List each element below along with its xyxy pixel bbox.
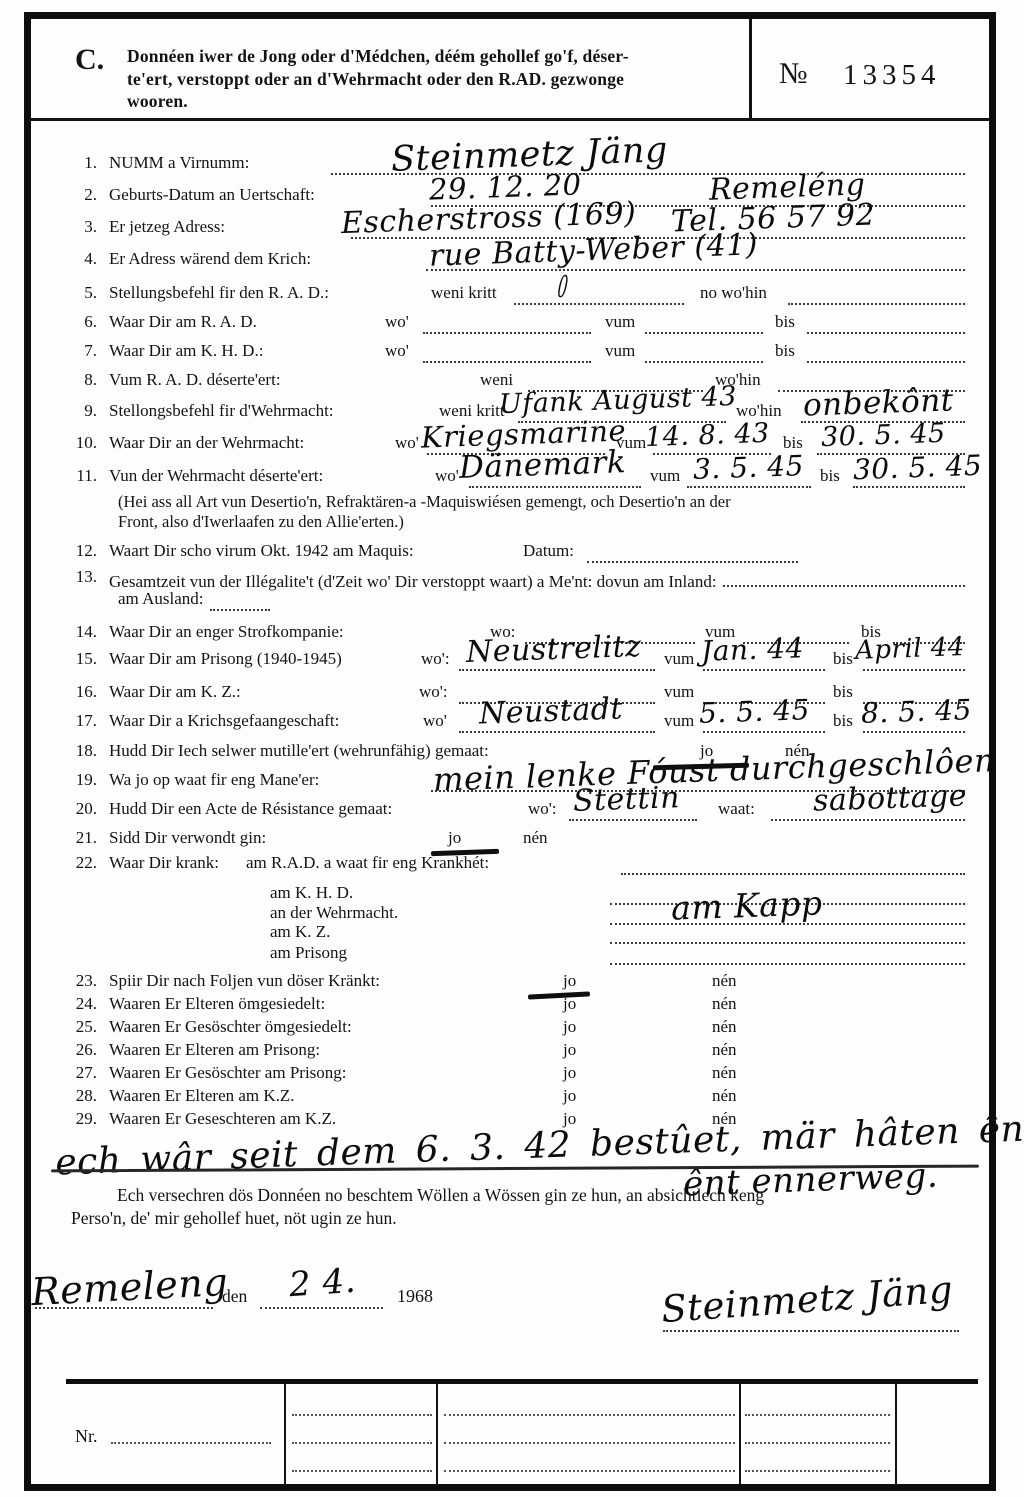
q14-label: Waar Dir an enger Strofkompanie:	[109, 622, 344, 642]
q27-number: 27.	[31, 1063, 97, 1083]
header-rule	[31, 118, 989, 121]
bottom-table: Nr.	[66, 1379, 978, 1484]
question-4: 4. Er Adress wärend dem Krich: rue Batty…	[31, 249, 965, 273]
table-divider-1	[284, 1384, 286, 1484]
q14-number: 14.	[31, 622, 97, 642]
q17-bis-label: bis	[833, 711, 853, 731]
q15-to-handwritten: April 44	[855, 634, 966, 664]
q17-number: 17.	[31, 711, 97, 731]
q11-note-line1: (Hei ass all Art vun Desertio'n, Refrakt…	[118, 492, 978, 512]
q6-bis-label: bis	[775, 312, 795, 332]
form-title-line2: te'ert, verstoppt oder an d'Wehrmacht od…	[127, 68, 727, 91]
question-24: 24. Waaren Er Elteren ömgesiedelt: jo né…	[31, 994, 965, 1018]
col4-dotted-1	[745, 1414, 890, 1416]
q27-label: Waaren Er Gesöschter am Prisong:	[109, 1063, 347, 1083]
q26-nen-label: nén	[712, 1040, 737, 1060]
table-divider-3	[739, 1384, 741, 1484]
q29-number: 29.	[31, 1109, 97, 1129]
question-13: 13. Gesamtzeit vun der Illégalite't (d'Z…	[31, 567, 965, 591]
question-27: 27. Waaren Er Gesöschter am Prisong: jo …	[31, 1063, 965, 1087]
q22-label: Waar Dir krank:	[109, 853, 219, 873]
question-17: 17. Waar Dir a Krichsgefaangeschaft: wo'…	[31, 711, 965, 735]
q27-nen-label: nén	[712, 1063, 737, 1083]
q28-nen-label: nén	[712, 1086, 737, 1106]
q28-label: Waaren Er Elteren am K.Z.	[109, 1086, 295, 1106]
q22-khd-label: am K. H. D.	[270, 883, 353, 903]
col4-dotted-2	[745, 1442, 890, 1444]
q8-weni-label: weni	[480, 370, 513, 390]
form-title: Donnéen iwer de Jong oder d'Médchen, déé…	[127, 45, 727, 113]
q26-label: Waaren Er Elteren am Prisong:	[109, 1040, 320, 1060]
q13-ausland-label: am Ausland:	[118, 589, 203, 609]
q13-number: 13.	[31, 567, 97, 587]
nr-dotted	[111, 1442, 271, 1444]
q13-dotted-1	[723, 567, 965, 587]
question-23: 23. Spiir Dir nach Foljen vun döser Krän…	[31, 971, 965, 995]
col3-dotted-1	[444, 1414, 735, 1416]
place-handwritten: Remeleng	[30, 1263, 229, 1311]
table-divider-2	[436, 1384, 438, 1484]
q10-number: 10.	[31, 433, 97, 453]
q22-dotted-1	[621, 856, 965, 875]
q17-to-handwritten: 8. 5. 45	[861, 696, 973, 728]
header-divider	[749, 19, 752, 118]
q18-number: 18.	[31, 741, 97, 761]
q25-nen-label: nén	[712, 1017, 737, 1037]
table-divider-4	[895, 1384, 897, 1484]
q10-wo-label: wo'	[395, 433, 419, 453]
q15-bis-label: bis	[833, 649, 853, 669]
q6-number: 6.	[31, 312, 97, 332]
q9-number: 9.	[31, 401, 97, 421]
q7-dotted-2	[645, 344, 763, 363]
q21-jo-label: jo	[448, 828, 461, 848]
col2-dotted-1	[292, 1414, 432, 1416]
q3-number: 3.	[31, 217, 97, 237]
question-6: 6. Waar Dir am R. A. D. wo' vum bis	[31, 312, 965, 336]
q7-dotted-3	[807, 344, 965, 363]
q11-where-handwritten: Dänemark	[459, 447, 627, 484]
question-20: 20. Hudd Dir een Acte de Résistance gema…	[31, 799, 965, 823]
q12-dotted	[587, 544, 798, 563]
q11-from-handwritten: 3. 5. 45	[693, 452, 805, 484]
q5-number: 5.	[31, 283, 97, 303]
q15-where-handwritten: Neustrelitz	[466, 632, 642, 668]
q5-label: Stellungsbefehl fir den R. A. D.:	[109, 283, 329, 303]
q22-prisong-label: am Prisong	[270, 943, 347, 963]
form-title-line1: Donnéen iwer de Jong oder d'Médchen, déé…	[127, 45, 727, 68]
q5-dotted-1	[514, 286, 684, 305]
q16-number: 16.	[31, 682, 97, 702]
q20-wo-label: wo':	[528, 799, 557, 819]
q27-jo-label: jo	[563, 1063, 576, 1083]
q20-waat-label: waat:	[718, 799, 755, 819]
q6-label: Waar Dir am R. A. D.	[109, 312, 257, 332]
q5-no-wohin-label: no wo'hin	[700, 283, 767, 303]
q10-from-handwritten: 14. 8. 43	[645, 420, 771, 451]
q22-wehrmacht-handwritten: am Kapp	[670, 886, 823, 924]
col3-dotted-3	[444, 1470, 735, 1472]
q22-dotted-5	[610, 946, 965, 965]
form-title-line3: wooren.	[127, 90, 727, 113]
q6-vum-label: vum	[605, 312, 635, 332]
q11-bis-label: bis	[820, 466, 840, 486]
q21-nen-label: nén	[523, 828, 548, 848]
q26-number: 26.	[31, 1040, 97, 1060]
q16-wo-label: wo':	[419, 682, 448, 702]
question-28: 28. Waaren Er Elteren am K.Z. jo nén	[31, 1086, 965, 1110]
section-letter: C.	[75, 43, 104, 77]
question-12: 12. Waart Dir scho virum Okt. 1942 am Ma…	[31, 541, 965, 565]
q6-dotted-2	[645, 315, 763, 334]
question-22-prisong: am Prisong	[31, 943, 965, 967]
q25-number: 25.	[31, 1017, 97, 1037]
q11-to-handwritten: 30. 5. 45	[853, 452, 983, 484]
q4-label: Er Adress wärend dem Krich:	[109, 249, 311, 269]
q28-jo-label: jo	[563, 1086, 576, 1106]
q25-jo-label: jo	[563, 1017, 576, 1037]
year-label: 1968	[397, 1286, 433, 1307]
q7-number: 7.	[31, 341, 97, 361]
day-handwritten: 2 4.	[288, 1264, 357, 1303]
q8-label: Vum R. A. D. déserte'ert:	[109, 370, 281, 390]
q7-label: Waar Dir am K. H. D.:	[109, 341, 263, 361]
question-25: 25. Waaren Er Gesöschter ömgesiedelt: jo…	[31, 1017, 965, 1041]
q19-label: Wa jo op waat fir eng Mane'er:	[109, 770, 319, 790]
number-label: №	[779, 57, 808, 91]
question-5: 5. Stellungsbefehl fir den R. A. D.: wen…	[31, 283, 965, 307]
q22-rad-label: am R.A.D. a waat fir eng Krankhét:	[246, 853, 489, 873]
q10-to-handwritten: 30. 5. 45	[821, 420, 947, 451]
q11-note-line2: Front, also d'Iwerlaafen zu den Allie'er…	[118, 512, 978, 532]
q15-number: 15.	[31, 649, 97, 669]
q21-number: 21.	[31, 828, 97, 848]
q16-label: Waar Dir am K. Z.:	[109, 682, 241, 702]
q20-number: 20.	[31, 799, 97, 819]
q7-wo-label: wo'	[385, 341, 409, 361]
q16-vum-label: vum	[664, 682, 694, 702]
col4-dotted-3	[745, 1470, 890, 1472]
q4-number: 4.	[31, 249, 97, 269]
col2-dotted-3	[292, 1470, 432, 1472]
q11-wo-label: wo'	[435, 466, 459, 486]
q1-label: NUMM a Virnumm:	[109, 153, 249, 173]
declaration-line2: Perso'n, de' mir gehollef huet, nöt ugin…	[71, 1208, 397, 1229]
q5-dotted-2	[788, 286, 965, 305]
q20-label: Hudd Dir een Acte de Résistance gemaat:	[109, 799, 392, 819]
question-26: 26. Waaren Er Elteren am Prisong: jo nén	[31, 1040, 965, 1064]
q15-label: Waar Dir am Prisong (1940-1945)	[109, 649, 342, 669]
q23-nen-label: nén	[712, 971, 737, 991]
q24-label: Waaren Er Elteren ömgesiedelt:	[109, 994, 325, 1014]
q23-jo-label: jo	[563, 971, 576, 991]
q12-label: Waart Dir scho virum Okt. 1942 am Maquis…	[109, 541, 414, 561]
q7-dotted-1	[423, 344, 591, 363]
q19-number: 19.	[31, 770, 97, 790]
q7-bis-label: bis	[775, 341, 795, 361]
q12-number: 12.	[31, 541, 97, 561]
q10-label: Waar Dir an der Wehrmacht:	[109, 433, 304, 453]
q9-label: Stellongsbefehl fir d'Wehrmacht:	[109, 401, 334, 421]
q23-number: 23.	[31, 971, 97, 991]
q24-nen-label: nén	[712, 994, 737, 1014]
q17-from-handwritten: 5. 5. 45	[699, 696, 811, 728]
q9-where-handwritten: onbekônt	[803, 385, 955, 421]
q6-dotted-1	[423, 315, 591, 334]
nr-label: Nr.	[75, 1426, 98, 1447]
q23-label: Spiir Dir nach Foljen vun döser Kränkt:	[109, 971, 380, 991]
q8-number: 8.	[31, 370, 97, 390]
q11-vum-label: vum	[650, 466, 680, 486]
q22-dotted-4	[610, 925, 965, 944]
q12-datum-label: Datum:	[523, 541, 574, 561]
q15-wo-label: wo':	[421, 649, 450, 669]
question-21: 21. Sidd Dir verwondt gin: jo nén	[31, 828, 965, 852]
declaration-line1: Ech versechren dös Donnéen no beschtem W…	[117, 1185, 764, 1206]
q18-label: Hudd Dir Iech selwer mutille'ert (wehrun…	[109, 741, 489, 761]
q28-number: 28.	[31, 1086, 97, 1106]
q15-from-handwritten: Jan. 44	[701, 634, 805, 666]
question-15: 15. Waar Dir am Prisong (1940-1945) wo':…	[31, 649, 965, 673]
q3-label: Er jetzeg Adress:	[109, 217, 225, 237]
q25-label: Waaren Er Gesöschter ömgesiedelt:	[109, 1017, 352, 1037]
q26-jo-label: jo	[563, 1040, 576, 1060]
q2-label: Geburts-Datum an Uertschaft:	[109, 185, 315, 205]
q24-number: 24.	[31, 994, 97, 1014]
q20-where-handwritten: Stettin	[573, 783, 681, 817]
q22-number: 22.	[31, 853, 97, 873]
question-13-line2: am Ausland:	[31, 589, 965, 613]
q2-number: 2.	[31, 185, 97, 205]
q17-where-handwritten: Neustadt	[479, 694, 624, 729]
q22-wehrmacht-label: an der Wehrmacht.	[270, 903, 398, 923]
q13-dotted-2	[210, 592, 270, 611]
page-frame: C. Donnéen iwer de Jong oder d'Médchen, …	[24, 12, 996, 1491]
q1-number: 1.	[31, 153, 97, 173]
q6-wo-label: wo'	[385, 312, 409, 332]
col3-dotted-2	[444, 1442, 735, 1444]
q5-weni-kritt-label: weni kritt	[431, 283, 497, 303]
question-22: 22. Waar Dir krank: am R.A.D. a waat fir…	[31, 853, 965, 877]
q16-bis-label: bis	[833, 682, 853, 702]
question-7: 7. Waar Dir am K. H. D.: wo' vum bis	[31, 341, 965, 365]
col2-dotted-2	[292, 1442, 432, 1444]
q15-vum-label: vum	[664, 649, 694, 669]
q29-label: Waaren Er Geseschteren am K.Z.	[109, 1109, 336, 1129]
q11-label: Vun der Wehrmacht déserte'ert:	[109, 466, 323, 486]
q17-label: Waar Dir a Krichsgefaangeschaft:	[109, 711, 339, 731]
form-number: 13354	[843, 59, 941, 92]
q17-vum-label: vum	[664, 711, 694, 731]
q11-number: 11.	[31, 466, 97, 486]
q6-dotted-3	[807, 315, 965, 334]
q22-kz-label: am K. Z.	[270, 922, 330, 942]
question-11: 11. Vun der Wehrmacht déserte'ert: wo' D…	[31, 466, 965, 490]
q21-label: Sidd Dir verwondt gin:	[109, 828, 266, 848]
q20-what-handwritten: sabottage	[813, 781, 968, 816]
q7-vum-label: vum	[605, 341, 635, 361]
q17-wo-label: wo'	[423, 711, 447, 731]
